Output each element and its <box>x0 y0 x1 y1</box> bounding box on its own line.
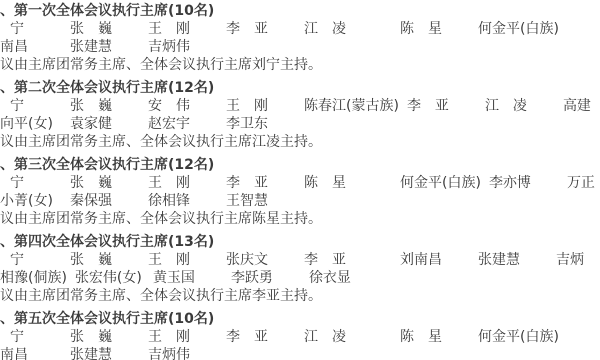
name: 李 亚 <box>304 251 382 269</box>
section: 、第三次全体会议执行主席(12名)宁张 巍王 刚李 亚陈 星何金平(白族)李亦博… <box>0 156 600 228</box>
name: 李卫东 <box>226 115 304 133</box>
name: 高建 <box>563 97 600 115</box>
name: 张 巍 <box>70 251 148 269</box>
name: 陈 星 <box>400 20 478 38</box>
name: 王 刚 <box>148 20 226 38</box>
name: 王 刚 <box>148 328 226 346</box>
session-note: 议由主席团常务主席、全体会议执行主席江凌主持。 <box>0 133 600 151</box>
name: 刘南昌 <box>400 251 478 269</box>
name: 王智慧 <box>226 192 304 210</box>
name: 宁 <box>0 328 70 346</box>
name: 安 伟 <box>148 97 226 115</box>
name: 张建慧 <box>70 346 148 360</box>
name: 小菁(女) <box>0 192 70 210</box>
name: 徐衣显 <box>309 269 387 287</box>
name-row: 南昌张建慧吉炳伟 <box>0 38 600 56</box>
section-title: 、第五次全体会议执行主席(10名) <box>0 310 600 328</box>
name: 向平(女) <box>0 115 70 133</box>
name: 宁 <box>0 97 70 115</box>
session-note: 议由主席团常务主席、全体会议执行主席刘宁主持。 <box>0 56 600 74</box>
document: 、第一次全体会议执行主席(10名)宁张 巍王 刚李 亚江 凌陈 星何金平(白族)… <box>0 0 600 360</box>
name: 万正 <box>567 174 600 192</box>
section: 、第一次全体会议执行主席(10名)宁张 巍王 刚李 亚江 凌陈 星何金平(白族)… <box>0 2 600 74</box>
name: 吉炳伟 <box>148 38 226 56</box>
name-row: 宁张 巍王 刚李 亚江 凌陈 星何金平(白族) <box>0 328 600 346</box>
name: 陈 星 <box>304 174 382 192</box>
name: 王 刚 <box>148 174 226 192</box>
session-note: 议由主席团常务主席、全体会议执行主席陈星主持。 <box>0 210 600 228</box>
name: 何金平(白族) <box>478 328 567 346</box>
name: 赵宏宇 <box>148 115 226 133</box>
name-row: 宁张 巍王 刚李 亚江 凌陈 星何金平(白族) <box>0 20 600 38</box>
section: 、第五次全体会议执行主席(10名)宁张 巍王 刚李 亚江 凌陈 星何金平(白族)… <box>0 310 600 360</box>
name: 张 巍 <box>70 174 148 192</box>
name: 张庆文 <box>226 251 304 269</box>
name: 宁 <box>0 174 70 192</box>
section-title: 、第一次全体会议执行主席(10名) <box>0 2 600 20</box>
name: 江 凌 <box>485 97 563 115</box>
name: 宁 <box>0 251 70 269</box>
section: 、第四次全体会议执行主席(13名)宁张 巍王 刚张庆文李 亚刘南昌张建慧吉炳相豫… <box>0 233 600 305</box>
name: 何金平(白族) <box>400 174 489 192</box>
section-title: 、第四次全体会议执行主席(13名) <box>0 233 600 251</box>
name: 吉炳 <box>556 251 600 269</box>
name: 徐相锋 <box>148 192 226 210</box>
name: 吉炳伟 <box>148 346 226 360</box>
name: 王 刚 <box>148 251 226 269</box>
name-row: 小菁(女)秦保强徐相锋王智慧 <box>0 192 600 210</box>
name: 何金平(白族) <box>478 20 567 38</box>
name: 南昌 <box>0 346 70 360</box>
name: 李跃勇 <box>231 269 309 287</box>
name: 张 巍 <box>70 328 148 346</box>
name-row: 向平(女)袁家健赵宏宇李卫东 <box>0 115 600 133</box>
name: 张建慧 <box>478 251 556 269</box>
name-row: 宁张 巍安 伟王 刚陈春江(蒙古族)李 亚江 凌高建 <box>0 97 600 115</box>
name: 张 巍 <box>70 20 148 38</box>
session-note: 议由主席团常务主席、全体会议执行主席李亚主持。 <box>0 287 600 305</box>
name: 李 亚 <box>226 328 304 346</box>
name: 南昌 <box>0 38 70 56</box>
name: 宁 <box>0 20 70 38</box>
name: 秦保强 <box>70 192 148 210</box>
section-title: 、第三次全体会议执行主席(12名) <box>0 156 600 174</box>
name: 张 巍 <box>70 97 148 115</box>
name: 张宏伟(女) <box>75 269 153 287</box>
name-row: 宁张 巍王 刚张庆文李 亚刘南昌张建慧吉炳 <box>0 251 600 269</box>
name: 李亦博 <box>489 174 567 192</box>
name: 黄玉国 <box>153 269 231 287</box>
section: 、第二次全体会议执行主席(12名)宁张 巍安 伟王 刚陈春江(蒙古族)李 亚江 … <box>0 79 600 151</box>
name: 袁家健 <box>70 115 148 133</box>
name: 李 亚 <box>226 174 304 192</box>
name-row: 宁张 巍王 刚李 亚陈 星何金平(白族)李亦博万正 <box>0 174 600 192</box>
name: 陈春江(蒙古族) <box>304 97 407 115</box>
section-title: 、第二次全体会议执行主席(12名) <box>0 79 600 97</box>
name: 江 凌 <box>304 328 382 346</box>
name: 张建慧 <box>70 38 148 56</box>
name: 相豫(侗族) <box>0 269 75 287</box>
name: 王 刚 <box>226 97 304 115</box>
name-row: 南昌张建慧吉炳伟 <box>0 346 600 360</box>
name: 江 凌 <box>304 20 382 38</box>
name: 李 亚 <box>407 97 485 115</box>
name: 陈 星 <box>400 328 478 346</box>
name: 李 亚 <box>226 20 304 38</box>
name-row: 相豫(侗族)张宏伟(女)黄玉国李跃勇徐衣显 <box>0 269 600 287</box>
